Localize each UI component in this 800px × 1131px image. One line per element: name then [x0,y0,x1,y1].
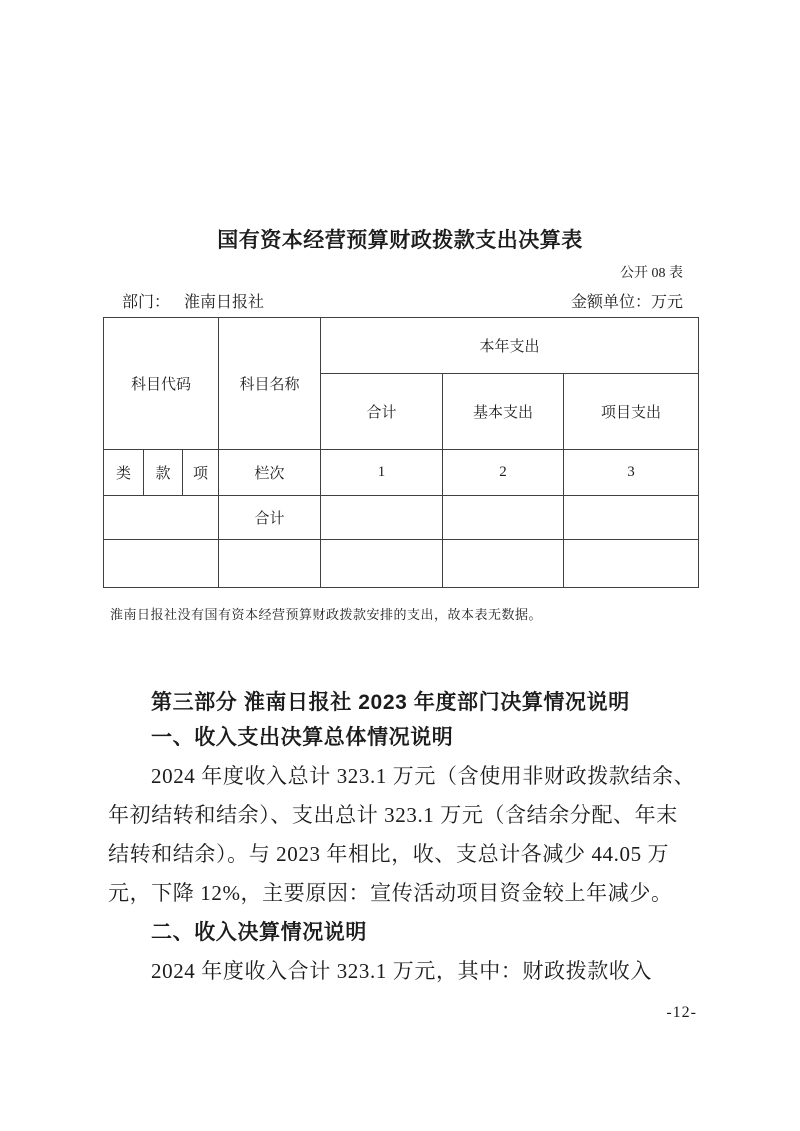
cell-total-value [321,496,443,540]
column-index-row: 类 款 项 栏次 1 2 3 [104,450,699,496]
department-value: 淮南日报社 [184,294,264,311]
cell-name [219,540,321,588]
cell-basic-value [443,496,564,540]
table-row-empty [104,540,699,588]
table-header-row-1: 科目代码 科目名称 本年支出 [104,318,699,374]
cell-total-value [321,540,443,588]
subcol-section: 款 [144,450,183,496]
cell-basic-value [443,540,564,588]
cell-project-value [564,540,699,588]
column-index-label: 栏次 [219,450,321,496]
amount-unit-label: 金额单位：万元 [571,292,683,313]
row-total-label: 合计 [219,496,321,540]
subcol-item: 项 [183,450,219,496]
header-total: 合计 [321,374,443,450]
paragraph-1-line-3: 结转和结余）。与 2023 年相比，收、支总计各减少 44.05 万 [108,835,698,874]
cell-project-value [564,496,699,540]
section-2-heading: 二、收入决算情况说明 [108,913,698,952]
column-index-2: 2 [443,450,564,496]
section-1-heading: 一、收入支出决算总体情况说明 [108,718,698,757]
paragraph-1-line-2: 年初结转和结余）、支出总计 323.1 万元（含结余分配、年末 [108,796,698,835]
paragraph-2-line-1: 2024 年度收入合计 323.1 万元，其中：财政拨款收入 [108,952,698,991]
department-field: 部门：淮南日报社 [122,292,264,313]
document-title: 国有资本经营预算财政拨款支出决算表 [0,228,800,254]
table-meta-row: 部门：淮南日报社 金额单位：万元 [103,292,698,313]
header-subject-name: 科目名称 [219,318,321,450]
header-subject-code: 科目代码 [104,318,219,450]
header-current-year-expenditure: 本年支出 [321,318,699,374]
header-project-expenditure: 项目支出 [564,374,699,450]
header-basic-expenditure: 基本支出 [443,374,564,450]
cell-code [104,496,219,540]
table-row-total: 合计 [104,496,699,540]
column-index-3: 3 [564,450,699,496]
document-page: 国有资本经营预算财政拨款支出决算表 公开 08 表 部门：淮南日报社 金额单位：… [0,0,800,1131]
expenditure-table: 科目代码 科目名称 本年支出 合计 基本支出 项目支出 类 款 项 栏次 1 2… [103,317,699,588]
subcol-class: 类 [104,450,144,496]
page-number: -12- [0,1003,697,1023]
department-label: 部门： [122,294,170,311]
cell-code [104,540,219,588]
table-code-label: 公开 08 表 [103,264,698,284]
table-footnote: 淮南日报社没有国有资本经营预算财政拨款安排的支出，故本表无数据。 [110,605,800,624]
report-body: 第三部分 淮南日报社 2023 年度部门决算情况说明 一、收入支出决算总体情况说… [108,687,698,991]
paragraph-1-line-1: 2024 年度收入总计 323.1 万元（含使用非财政拨款结余、 [108,757,698,796]
part-heading: 第三部分 淮南日报社 2023 年度部门决算情况说明 [108,687,698,718]
column-index-1: 1 [321,450,443,496]
paragraph-1-line-4: 元，下降 12%，主要原因：宣传活动项目资金较上年减少。 [108,874,698,913]
